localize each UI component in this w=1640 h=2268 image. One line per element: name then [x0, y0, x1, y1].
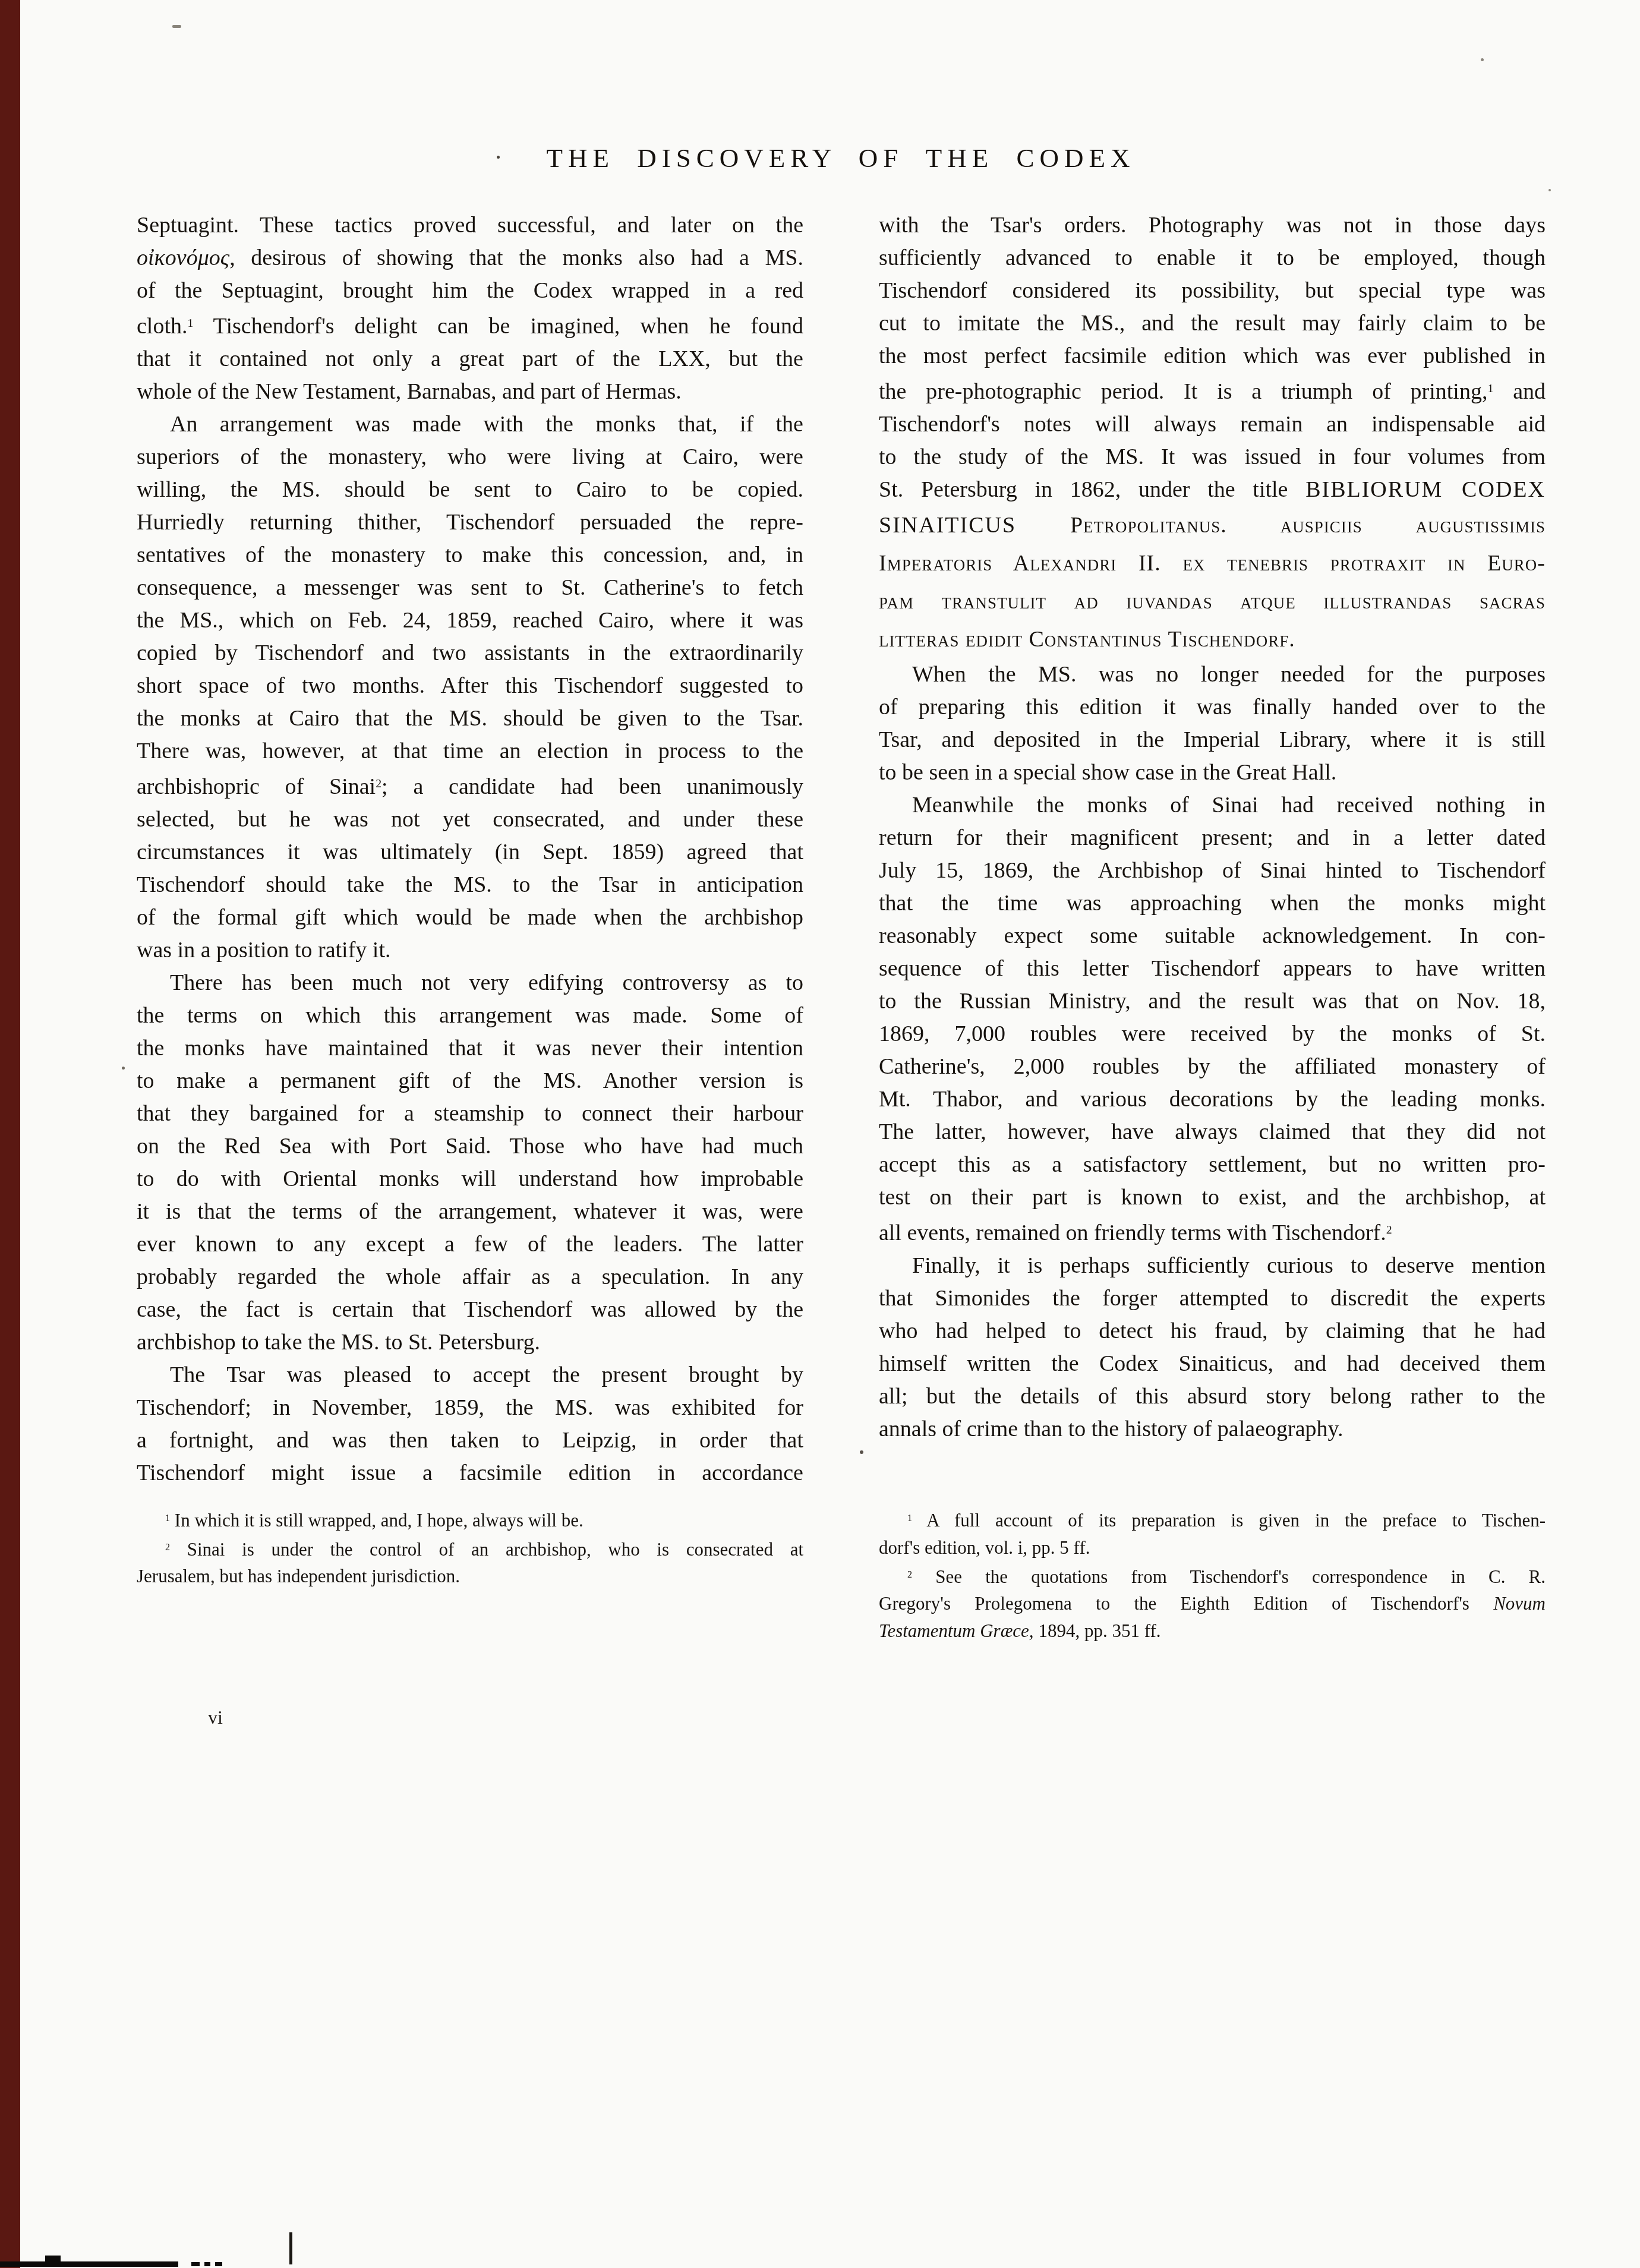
text-line: that the time was approaching when the m…: [879, 887, 1546, 920]
text-line: whole of the New Testament, Barnabas, an…: [137, 376, 803, 408]
text-line: that they bargained for a steamship to c…: [137, 1097, 803, 1130]
text-line: of the Septuagint, brought him the Codex…: [137, 275, 803, 307]
text-line: return for their magnificent present; an…: [879, 822, 1546, 854]
text-line: cloth.1 Tischendorf's delight can be ima…: [137, 307, 803, 343]
footnote-line: dorf's edition, vol. i, pp. 5 ff.: [879, 1534, 1546, 1562]
text-line: the monks have maintained that it was ne…: [137, 1032, 803, 1065]
text-line: the most perfect facsimile edition which…: [879, 340, 1546, 373]
text-line: that Simonides the forger attempted to d…: [879, 1282, 1546, 1315]
spine-shadow-strip: [0, 0, 20, 2268]
scan-artifact-tick: [289, 2232, 292, 2264]
text-line: copied by Tischendorf and two assistants…: [137, 637, 803, 670]
text-line: archbishop to take the MS. to St. Peters…: [137, 1326, 803, 1359]
right-column: with the Tsar's orders. Photography was …: [879, 209, 1546, 1645]
text-line: who had helped to detect his fraud, by c…: [879, 1315, 1546, 1348]
text-line: to make a permanent gift of the MS. Anot…: [137, 1065, 803, 1097]
scan-speck: [172, 25, 181, 28]
text-line: the pre-photographic period. It is a tri…: [879, 373, 1546, 408]
text-line: The Tsar was pleased to accept the prese…: [137, 1359, 803, 1392]
scan-speck: [927, 569, 929, 571]
right-column-footnotes: 1 A full account of its preparation is g…: [879, 1505, 1546, 1645]
scan-artifact-dash: [204, 2262, 210, 2266]
text-line: reasonably expect some suitable acknowle…: [879, 920, 1546, 952]
left-column: Septuagint. These tactics proved success…: [137, 209, 803, 1590]
text-line: a fortnight, and was then taken to Leipz…: [137, 1424, 803, 1457]
text-line: annals of crime than to the history of p…: [879, 1413, 1546, 1446]
text-line: sequence of this letter Tischendorf appe…: [879, 952, 1546, 985]
scan-artifact-bar: [0, 2261, 178, 2267]
footnote-line: 1 In which it is still wrapped, and, I h…: [137, 1505, 803, 1534]
text-line: all events, remained on friendly terms w…: [879, 1214, 1546, 1250]
text-line: The latter, however, have always claimed…: [879, 1116, 1546, 1149]
text-line: test on their part is known to exist, an…: [879, 1181, 1546, 1214]
text-line: St. Petersburg in 1862, under the title …: [879, 474, 1546, 506]
text-line: Tsar, and deposited in the Imperial Libr…: [879, 724, 1546, 756]
page-title: THE DISCOVERY OF THE CODEX: [137, 143, 1545, 174]
text-line: When the MS. was no longer needed for th…: [879, 658, 1546, 691]
text-line: of the formal gift which would be made w…: [137, 901, 803, 934]
right-column-body: with the Tsar's orders. Photography was …: [879, 209, 1546, 1446]
footnote-line: Gregory's Prolegomena to the Eighth Edit…: [879, 1590, 1546, 1617]
text-line: to the Russian Ministry, and the result …: [879, 985, 1546, 1018]
text-line: to do with Oriental monks will understan…: [137, 1163, 803, 1195]
scan-speck: [497, 156, 500, 159]
text-line: Finally, it is perhaps sufficiently curi…: [879, 1250, 1546, 1282]
text-line: on the Red Sea with Port Said. Those who…: [137, 1130, 803, 1163]
scan-speck: [122, 1067, 125, 1070]
text-line: of preparing this edition it was finally…: [879, 691, 1546, 724]
left-column-footnotes: 1 In which it is still wrapped, and, I h…: [137, 1505, 803, 1591]
text-line: consequence, a messenger was sent to St.…: [137, 572, 803, 604]
text-line: ever known to any except a few of the le…: [137, 1228, 803, 1261]
text-line: Meanwhile the monks of Sinai had receive…: [879, 789, 1546, 822]
text-line: all; but the details of this absurd stor…: [879, 1380, 1546, 1413]
text-line: Tischendorf considered its possibility, …: [879, 275, 1546, 307]
scan-speck: [1548, 189, 1551, 191]
text-line: superiors of the monastery, who were liv…: [137, 441, 803, 474]
text-line: himself written the Codex Sinaiticus, an…: [879, 1348, 1546, 1380]
text-line: Imperatoris Alexandri II. ex tenebris pr…: [879, 544, 1546, 582]
text-line: Tischendorf; in November, 1859, the MS. …: [137, 1392, 803, 1424]
scan-artifact-dash: [215, 2262, 222, 2266]
text-line: case, the fact is certain that Tischendo…: [137, 1294, 803, 1326]
text-line: with the Tsar's orders. Photography was …: [879, 209, 1546, 242]
text-line: was in a position to ratify it.: [137, 934, 803, 967]
text-line: archbishopric of Sinai2; a candidate had…: [137, 768, 803, 803]
footnote-line: 2 See the quotations from Tischendorf's …: [879, 1562, 1546, 1591]
text-line: 1869, 7,000 roubles were received by the…: [879, 1018, 1546, 1051]
text-line: it is that the terms of the arrangement,…: [137, 1195, 803, 1228]
text-line: Mt. Thabor, and various decorations by t…: [879, 1083, 1546, 1116]
text-line: Catherine's, 2,000 roubles by the affili…: [879, 1051, 1546, 1083]
text-line: probably regarded the whole affair as a …: [137, 1261, 803, 1294]
text-line: short space of two months. After this Ti…: [137, 670, 803, 702]
footnote-line: 1 A full account of its preparation is g…: [879, 1505, 1546, 1534]
text-line: An arrangement was made with the monks t…: [137, 408, 803, 441]
scan-artifact-bar-bump: [45, 2256, 61, 2263]
text-line: accept this as a satisfactory settlement…: [879, 1149, 1546, 1181]
footnote-line: Jerusalem, but has independent jurisdict…: [137, 1563, 803, 1590]
text-line: οἰκονόμος, desirous of showing that the …: [137, 242, 803, 275]
text-line: circumstances it was ultimately (in Sept…: [137, 836, 803, 869]
text-line: willing, the MS. should be sent to Cairo…: [137, 474, 803, 506]
text-line: There was, however, at that time an elec…: [137, 735, 803, 768]
text-line: to be seen in a special show case in the…: [879, 756, 1546, 789]
text-line: July 15, 1869, the Archbishop of Sinai h…: [879, 854, 1546, 887]
text-line: Hurriedly returning thither, Tischendorf…: [137, 506, 803, 539]
text-line: Tischendorf might issue a facsimile edit…: [137, 1457, 803, 1490]
footnote-line: Testamentum Græce, 1894, pp. 351 ff.: [879, 1617, 1546, 1645]
scan-speck: [1481, 58, 1484, 61]
text-line: the MS., which on Feb. 24, 1859, reached…: [137, 604, 803, 637]
text-line: selected, but he was not yet consecrated…: [137, 803, 803, 836]
text-line: There has been much not very edifying co…: [137, 967, 803, 999]
text-line: sentatives of the monastery to make this…: [137, 539, 803, 572]
text-line: Tischendorf should take the MS. to the T…: [137, 869, 803, 901]
text-line: the monks at Cairo that the MS. should b…: [137, 702, 803, 735]
text-line: cut to imitate the MS., and the result m…: [879, 307, 1546, 340]
text-line: pam transtulit ad iuvandas atque illustr…: [879, 582, 1546, 620]
text-line: litteras edidit Constantinus Tischendorf…: [879, 620, 1546, 658]
scan-artifact-dash: [191, 2262, 200, 2266]
text-line: Septuagint. These tactics proved success…: [137, 209, 803, 242]
text-line: sufficiently advanced to enable it to be…: [879, 242, 1546, 275]
text-line: Tischendorf's notes will always remain a…: [879, 408, 1546, 441]
scan-speck: [860, 1450, 863, 1454]
text-line: to the study of the MS. It was issued in…: [879, 441, 1546, 474]
page-number: vi: [208, 1706, 223, 1728]
text-line: SINAITICUS Petropolitanus. auspiciis aug…: [879, 506, 1546, 544]
text-line: that it contained not only a great part …: [137, 343, 803, 376]
left-column-body: Septuagint. These tactics proved success…: [137, 209, 803, 1490]
text-line: the terms on which this arrangement was …: [137, 999, 803, 1032]
footnote-line: 2 Sinai is under the control of an archb…: [137, 1534, 803, 1563]
